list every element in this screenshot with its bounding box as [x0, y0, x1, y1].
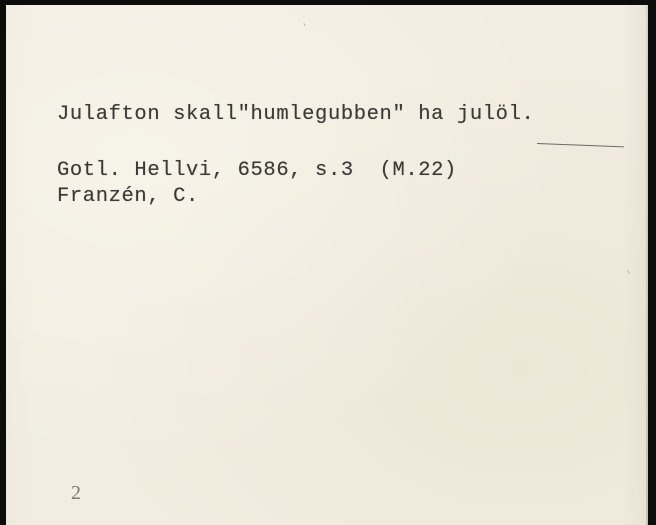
- julol-underline: [537, 143, 624, 147]
- index-card: Julafton skall"humlegubben" ha julöl. Go…: [6, 5, 648, 525]
- paper-speck: [627, 270, 630, 274]
- source-reference-text: Gotl. Hellvi, 6586, s.3 (M.22): [57, 159, 457, 182]
- paper-speck: [303, 23, 305, 26]
- page-number: 2: [71, 482, 81, 505]
- card-title-text: Julafton skall"humlegubben" ha julöl.: [57, 103, 534, 126]
- scanned-card-image: Julafton skall"humlegubben" ha julöl. Go…: [0, 0, 656, 525]
- author-text: Franzén, C.: [57, 185, 199, 208]
